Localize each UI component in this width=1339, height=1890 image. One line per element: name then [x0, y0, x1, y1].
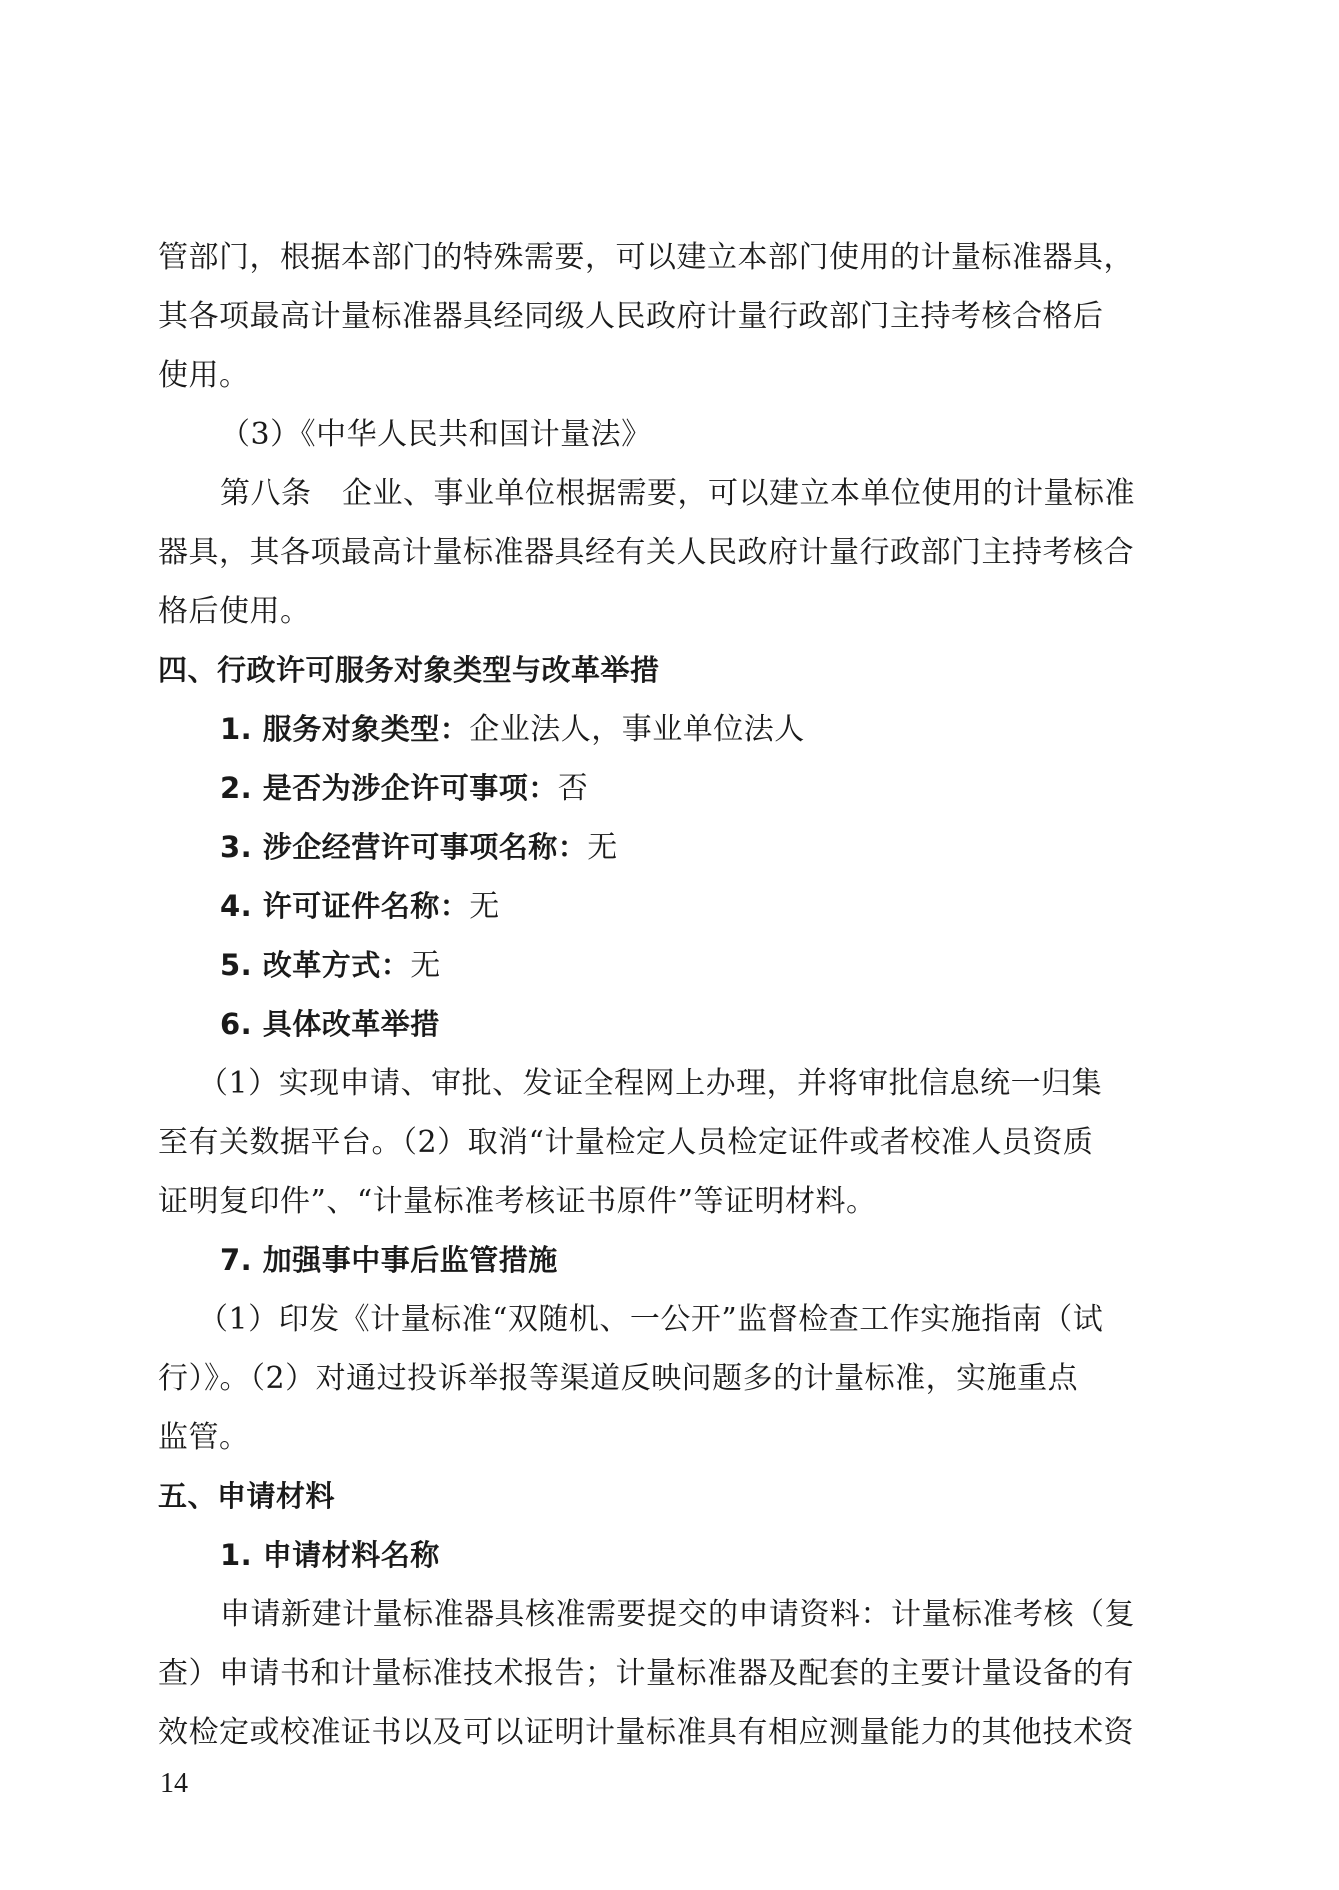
item-label: 4. 许可证件名称： — [220, 889, 469, 923]
item-value: 企业法人，事业单位法人 — [469, 712, 805, 747]
list-item: 4. 许可证件名称：无 — [158, 877, 1146, 936]
list-item: 3. 涉企经营许可事项名称：无 — [158, 818, 1146, 877]
section-heading: 五、申请材料 — [158, 1467, 1146, 1526]
article-line: 格后使用。 — [158, 582, 1146, 641]
document-page: 管部门，根据本部门的特殊需要，可以建立本部门使用的计量标准器具， 其各项最高计量… — [158, 228, 1146, 1762]
reform-line: 证明复印件”、“计量标准考核证书原件”等证明材料。 — [158, 1172, 1146, 1231]
page-number: 14 — [160, 1768, 188, 1800]
materials-line: 查）申请书和计量标准技术报告；计量标准器及配套的主要计量设备的有 — [158, 1644, 1146, 1703]
item-label: 3. 涉企经营许可事项名称： — [220, 830, 587, 864]
sub-heading: 1. 申请材料名称 — [158, 1526, 1146, 1585]
supervision-heading: 7. 加强事中事后监管措施 — [158, 1231, 1146, 1290]
paragraph-line: 管部门，根据本部门的特殊需要，可以建立本部门使用的计量标准器具， — [158, 228, 1146, 287]
item-label: 1. 服务对象类型： — [220, 712, 469, 746]
paragraph-line: 其各项最高计量标准器具经同级人民政府计量行政部门主持考核合格后 — [158, 287, 1146, 346]
law-reference-title: （3）《中华人民共和国计量法》 — [158, 405, 1146, 464]
item-value: 无 — [410, 948, 441, 983]
paragraph-line: 使用。 — [158, 346, 1146, 405]
item-value: 否 — [558, 771, 589, 806]
item-label: 2. 是否为涉企许可事项： — [220, 771, 558, 805]
item-value: 无 — [587, 830, 618, 865]
item-label: 5. 改革方式： — [220, 948, 410, 982]
supervision-line: 行）》。（2）对通过投诉举报等渠道反映问题多的计量标准，实施重点 — [158, 1349, 1146, 1408]
section-heading: 四、行政许可服务对象类型与改革举措 — [158, 641, 1146, 700]
reform-heading: 6. 具体改革举措 — [158, 995, 1146, 1054]
materials-line: 申请新建计量标准器具核准需要提交的申请资料：计量标准考核（复 — [158, 1585, 1146, 1644]
list-item: 5. 改革方式：无 — [158, 936, 1146, 995]
list-item: 2. 是否为涉企许可事项：否 — [158, 759, 1146, 818]
item-value: 无 — [469, 889, 500, 924]
supervision-line: （1）印发《计量标准“双随机、一公开”监督检查工作实施指南（试 — [158, 1290, 1146, 1349]
article-line: 第八条 企业、事业单位根据需要，可以建立本单位使用的计量标准 — [158, 464, 1146, 523]
list-item: 1. 服务对象类型：企业法人，事业单位法人 — [158, 700, 1146, 759]
materials-line: 效检定或校准证书以及可以证明计量标准具有相应测量能力的其他技术资 — [158, 1703, 1146, 1762]
reform-line: 至有关数据平台。（2）取消“计量检定人员检定证件或者校准人员资质 — [158, 1113, 1146, 1172]
article-line: 器具，其各项最高计量标准器具经有关人民政府计量行政部门主持考核合 — [158, 523, 1146, 582]
reform-line: （1）实现申请、审批、发证全程网上办理，并将审批信息统一归集 — [158, 1054, 1146, 1113]
supervision-line: 监管。 — [158, 1408, 1146, 1467]
